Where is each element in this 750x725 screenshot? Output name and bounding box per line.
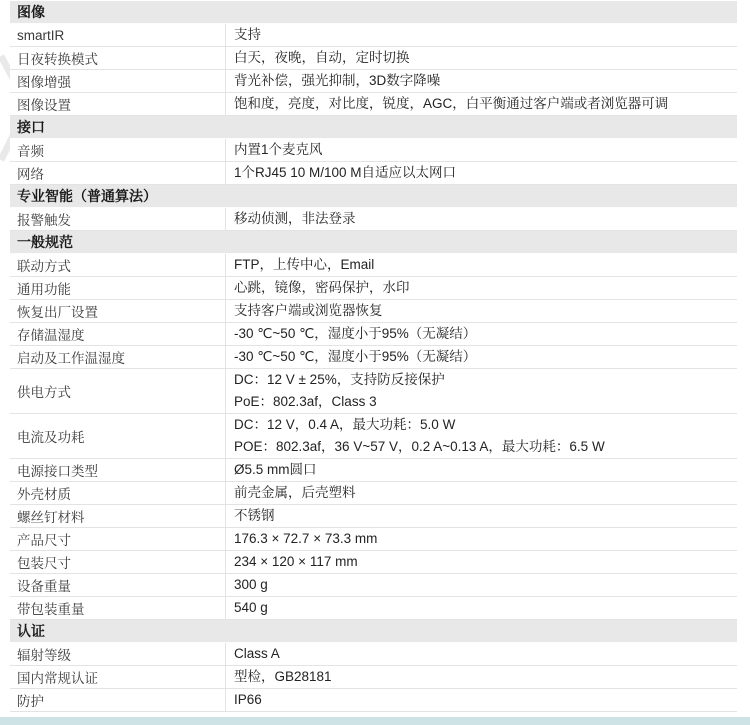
spec-label: 国内常规认证 <box>10 666 225 688</box>
spec-row: 带包装重量540 g <box>10 597 737 620</box>
spec-value: 不锈钢 <box>225 505 737 527</box>
spec-value-line: Class A <box>234 643 737 665</box>
spec-row: 产品尺寸176.3 × 72.7 × 73.3 mm <box>10 528 737 551</box>
spec-value: 型检，GB28181 <box>225 666 737 688</box>
spec-page: 图像smartIR支持日夜转换模式白天，夜晚，自动，定时切换图像增强背光补偿，强… <box>0 0 750 725</box>
spec-row: 图像设置饱和度，亮度，对比度，锐度，AGC，白平衡通过客户端或者浏览器可调 <box>10 93 737 116</box>
spec-row: 日夜转换模式白天，夜晚，自动，定时切换 <box>10 47 737 70</box>
spec-row: 联动方式FTP，上传中心，Email <box>10 254 737 277</box>
spec-value-line: -30 ℃~50 ℃，湿度小于95%（无凝结） <box>234 346 737 368</box>
spec-value: 内置1个麦克风 <box>225 139 737 161</box>
spec-row: 电流及功耗DC：12 V，0.4 A，最大功耗：5.0 WPOE：802.3af… <box>10 414 737 459</box>
spec-value: IP66 <box>225 689 737 711</box>
spec-value: DC：12 V ± 25%，支持防反接保护PoE：802.3af，Class 3 <box>225 369 737 413</box>
spec-row: 设备重量300 g <box>10 574 737 597</box>
spec-label: 图像设置 <box>10 93 225 115</box>
spec-value: 前壳金属，后壳塑料 <box>225 482 737 504</box>
spec-label: 包装尺寸 <box>10 551 225 573</box>
spec-value-line: 心跳，镜像，密码保护，水印 <box>234 277 737 299</box>
spec-value: 234 × 120 × 117 mm <box>225 551 737 573</box>
spec-value-line: 176.3 × 72.7 × 73.3 mm <box>234 528 737 550</box>
spec-row: 恢复出厂设置支持客户端或浏览器恢复 <box>10 300 737 323</box>
spec-value: 1个RJ45 10 M/100 M自适应以太网口 <box>225 162 737 184</box>
spec-value-line: 内置1个麦克风 <box>234 139 737 161</box>
spec-value: 饱和度，亮度，对比度，锐度，AGC，白平衡通过客户端或者浏览器可调 <box>225 93 737 115</box>
spec-row: 辐射等级Class A <box>10 643 737 666</box>
spec-value-line: DC：12 V，0.4 A，最大功耗：5.0 W <box>234 414 737 436</box>
spec-label: 产品尺寸 <box>10 528 225 550</box>
spec-value: Ø5.5 mm圆口 <box>225 459 737 481</box>
spec-value: 移动侦测，非法登录 <box>225 208 737 230</box>
spec-label: 报警触发 <box>10 208 225 230</box>
spec-value-line: FTP，上传中心，Email <box>234 254 737 276</box>
section-header: 接口 <box>10 116 737 139</box>
spec-value: 540 g <box>225 597 737 619</box>
spec-value: 白天，夜晚，自动，定时切换 <box>225 47 737 69</box>
spec-value: -30 ℃~50 ℃，湿度小于95%（无凝结） <box>225 346 737 368</box>
spec-value-line: 移动侦测，非法登录 <box>234 208 737 230</box>
spec-row: 防护IP66 <box>10 689 737 712</box>
spec-row: 螺丝钉材料不锈钢 <box>10 505 737 528</box>
spec-value-line: 540 g <box>234 597 737 619</box>
spec-label: 供电方式 <box>10 369 225 413</box>
spec-row: 通用功能心跳，镜像，密码保护，水印 <box>10 277 737 300</box>
spec-row: 音频内置1个麦克风 <box>10 139 737 162</box>
spec-row: 存储温湿度-30 ℃~50 ℃，湿度小于95%（无凝结） <box>10 323 737 346</box>
spec-row: 启动及工作温湿度-30 ℃~50 ℃，湿度小于95%（无凝结） <box>10 346 737 369</box>
section-header: 专业智能（普通算法） <box>10 185 737 208</box>
spec-row: 包装尺寸234 × 120 × 117 mm <box>10 551 737 574</box>
spec-value: DC：12 V，0.4 A，最大功耗：5.0 WPOE：802.3af，36 V… <box>225 414 737 458</box>
spec-value-line: POE：802.3af，36 V~57 V，0.2 A~0.13 A，最大功耗：… <box>234 436 737 458</box>
spec-value-line: 白天，夜晚，自动，定时切换 <box>234 47 737 69</box>
spec-value-line: PoE：802.3af，Class 3 <box>234 391 737 413</box>
spec-value-line: 234 × 120 × 117 mm <box>234 551 737 573</box>
spec-label: 图像增强 <box>10 70 225 92</box>
spec-label: 电流及功耗 <box>10 414 225 458</box>
spec-row: 图像增强背光补偿，强光抑制，3D数字降噪 <box>10 70 737 93</box>
spec-value: 心跳，镜像，密码保护，水印 <box>225 277 737 299</box>
spec-value-line: 背光补偿，强光抑制，3D数字降噪 <box>234 70 737 92</box>
spec-value-line: 300 g <box>234 574 737 596</box>
section-header: 图像 <box>10 1 737 24</box>
spec-value: Class A <box>225 643 737 665</box>
spec-row: smartIR支持 <box>10 24 737 47</box>
spec-label: 音频 <box>10 139 225 161</box>
spec-label: 设备重量 <box>10 574 225 596</box>
section-header: 认证 <box>10 620 737 643</box>
spec-label: 日夜转换模式 <box>10 47 225 69</box>
spec-label: 防护 <box>10 689 225 711</box>
spec-label: 电源接口类型 <box>10 459 225 481</box>
spec-label: 辐射等级 <box>10 643 225 665</box>
spec-value-line: -30 ℃~50 ℃，湿度小于95%（无凝结） <box>234 323 737 345</box>
spec-value: 背光补偿，强光抑制，3D数字降噪 <box>225 70 737 92</box>
spec-value-line: 支持客户端或浏览器恢复 <box>234 300 737 322</box>
spec-value: 176.3 × 72.7 × 73.3 mm <box>225 528 737 550</box>
spec-label: 带包装重量 <box>10 597 225 619</box>
spec-label: 螺丝钉材料 <box>10 505 225 527</box>
spec-label: 外壳材质 <box>10 482 225 504</box>
spec-value: FTP，上传中心，Email <box>225 254 737 276</box>
spec-row: 电源接口类型Ø5.5 mm圆口 <box>10 459 737 482</box>
spec-value-line: 型检，GB28181 <box>234 666 737 688</box>
spec-row: 供电方式DC：12 V ± 25%，支持防反接保护PoE：802.3af，Cla… <box>10 369 737 414</box>
spec-value: 支持客户端或浏览器恢复 <box>225 300 737 322</box>
section-header: 一般规范 <box>10 231 737 254</box>
spec-label: 恢复出厂设置 <box>10 300 225 322</box>
spec-row: 网络1个RJ45 10 M/100 M自适应以太网口 <box>10 162 737 185</box>
spec-value-line: 饱和度，亮度，对比度，锐度，AGC，白平衡通过客户端或者浏览器可调 <box>234 93 737 115</box>
spec-value-line: 前壳金属，后壳塑料 <box>234 482 737 504</box>
footer-accent-bar <box>0 717 750 725</box>
spec-value-line: 支持 <box>234 24 737 46</box>
spec-value-line: 不锈钢 <box>234 505 737 527</box>
spec-value: -30 ℃~50 ℃，湿度小于95%（无凝结） <box>225 323 737 345</box>
spec-table: 图像smartIR支持日夜转换模式白天，夜晚，自动，定时切换图像增强背光补偿，强… <box>10 1 737 712</box>
spec-value: 300 g <box>225 574 737 596</box>
spec-row: 外壳材质前壳金属，后壳塑料 <box>10 482 737 505</box>
spec-value-line: IP66 <box>234 689 737 711</box>
spec-value-line: 1个RJ45 10 M/100 M自适应以太网口 <box>234 162 737 184</box>
spec-value-line: Ø5.5 mm圆口 <box>234 459 737 481</box>
spec-label: 网络 <box>10 162 225 184</box>
spec-label: 通用功能 <box>10 277 225 299</box>
spec-value-line: DC：12 V ± 25%，支持防反接保护 <box>234 369 737 391</box>
spec-value: 支持 <box>225 24 737 46</box>
spec-label: smartIR <box>10 24 225 46</box>
spec-label: 联动方式 <box>10 254 225 276</box>
spec-label: 存储温湿度 <box>10 323 225 345</box>
spec-row: 报警触发移动侦测，非法登录 <box>10 208 737 231</box>
spec-row: 国内常规认证型检，GB28181 <box>10 666 737 689</box>
spec-label: 启动及工作温湿度 <box>10 346 225 368</box>
